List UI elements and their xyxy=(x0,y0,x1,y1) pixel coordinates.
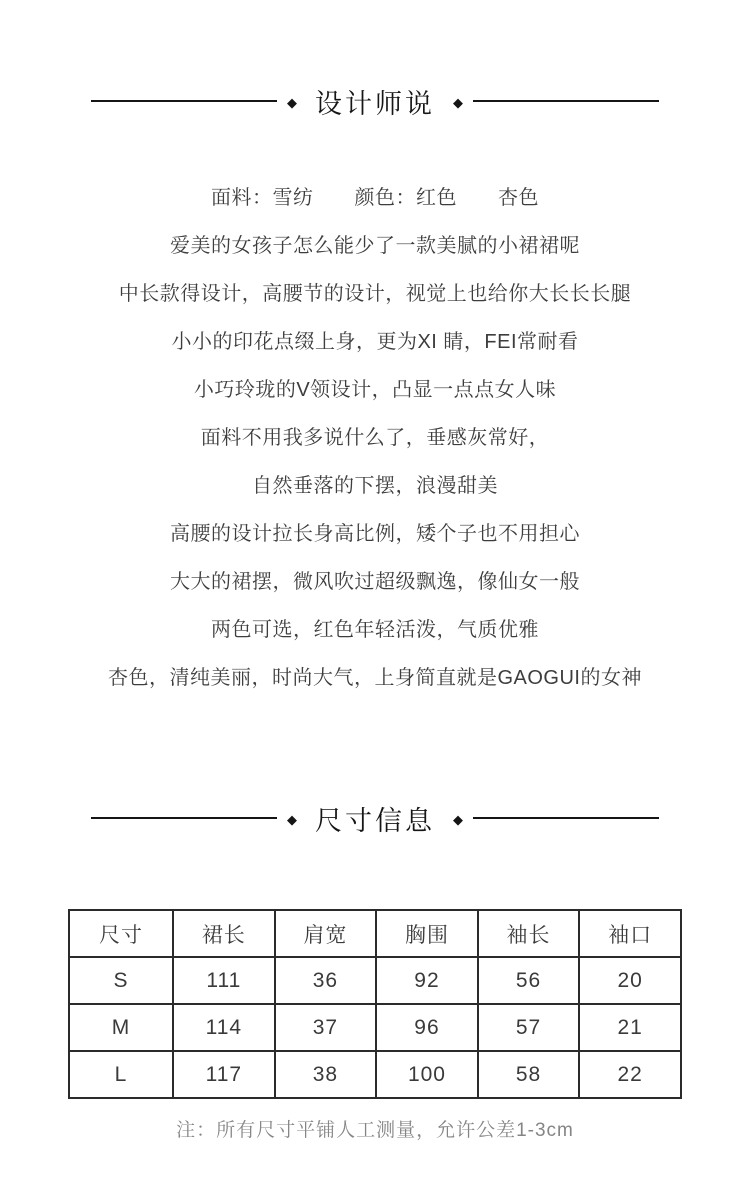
header-rule-right xyxy=(473,817,659,819)
description-line: 小小的印花点缀上身，更为XI 睛，FEI常耐看 xyxy=(0,318,750,366)
diamond-icon: ◆ xyxy=(287,96,297,109)
size-table-cell: 38 xyxy=(275,1051,377,1098)
description-line: 中长款得设计，高腰节的设计，视觉上也给你大长长长腿 xyxy=(0,270,750,318)
description-line: 高腰的设计拉长身高比例，矮个子也不用担心 xyxy=(0,510,750,558)
size-table-cell: 57 xyxy=(478,1004,580,1051)
size-table-cell: 37 xyxy=(275,1004,377,1051)
header-rule-right xyxy=(473,100,659,102)
header-rule-left xyxy=(91,100,277,102)
product-detail-page: ◆ 设计师说 ◆ 面料：雪纺 颜色：红色 杏色 爱美的女孩子怎么能少了一款美腻的… xyxy=(0,0,750,1193)
size-table-row-l: L 117 38 100 58 22 xyxy=(69,1051,681,1098)
size-table-cell: 20 xyxy=(579,957,681,1004)
description-line: 自然垂落的下摆，浪漫甜美 xyxy=(0,462,750,510)
header-rule-left xyxy=(91,817,277,819)
size-table-cell: 117 xyxy=(173,1051,275,1098)
designer-section-title: 设计师说 xyxy=(315,82,435,121)
size-table-cell: M xyxy=(69,1004,173,1051)
description-line: 杏色，清纯美丽，时尚大气，上身简直就是GAOGUI的女神 xyxy=(0,654,750,702)
size-table-cell: 58 xyxy=(478,1051,580,1098)
size-table-cell: S xyxy=(69,957,173,1004)
description-line: 大大的裙摆，微风吹过超级飘逸，像仙女一般 xyxy=(0,558,750,606)
size-table-header-cell: 裙长 xyxy=(173,910,275,957)
size-table-row-s: S 111 36 92 56 20 xyxy=(69,957,681,1004)
size-table: 尺寸 裙长 肩宽 胸围 袖长 袖口 S 111 36 92 56 20 M 11… xyxy=(68,909,682,1099)
size-table-cell: 56 xyxy=(478,957,580,1004)
size-table-cell: 100 xyxy=(376,1051,478,1098)
description-line: 两色可选，红色年轻活泼，气质优雅 xyxy=(0,606,750,654)
size-table-cell: 36 xyxy=(275,957,377,1004)
size-table-cell: 22 xyxy=(579,1051,681,1098)
size-section-title: 尺寸信息 xyxy=(315,799,435,838)
description-line-fabric-color: 面料：雪纺 颜色：红色 杏色 xyxy=(0,174,750,222)
size-table-header-cell: 胸围 xyxy=(376,910,478,957)
size-table-header-cell: 袖长 xyxy=(478,910,580,957)
diamond-icon: ◆ xyxy=(453,813,463,826)
size-table-header-cell: 肩宽 xyxy=(275,910,377,957)
description-line: 面料不用我多说什么了，垂感灰常好， xyxy=(0,414,750,462)
size-table-cell: 92 xyxy=(376,957,478,1004)
size-section-header: ◆ 尺寸信息 ◆ xyxy=(0,802,750,834)
size-table-cell: 114 xyxy=(173,1004,275,1051)
diamond-icon: ◆ xyxy=(287,813,297,826)
size-table-cell: 96 xyxy=(376,1004,478,1051)
measurement-note: 注：所有尺寸平铺人工测量，允许公差1-3cm xyxy=(0,1115,750,1142)
size-table-cell: 21 xyxy=(579,1004,681,1051)
size-table-header-cell: 尺寸 xyxy=(69,910,173,957)
size-table-cell: 111 xyxy=(173,957,275,1004)
description-line: 爱美的女孩子怎么能少了一款美腻的小裙裙呢 xyxy=(0,222,750,270)
size-table-row-m: M 114 37 96 57 21 xyxy=(69,1004,681,1051)
description-line: 小巧玲珑的V领设计，凸显一点点女人味 xyxy=(0,366,750,414)
size-table-header-cell: 袖口 xyxy=(579,910,681,957)
size-table-header-row: 尺寸 裙长 肩宽 胸围 袖长 袖口 xyxy=(69,910,681,957)
designer-section-header: ◆ 设计师说 ◆ xyxy=(0,85,750,117)
designer-description: 面料：雪纺 颜色：红色 杏色 爱美的女孩子怎么能少了一款美腻的小裙裙呢 中长款得… xyxy=(0,174,750,702)
diamond-icon: ◆ xyxy=(453,96,463,109)
size-table-cell: L xyxy=(69,1051,173,1098)
